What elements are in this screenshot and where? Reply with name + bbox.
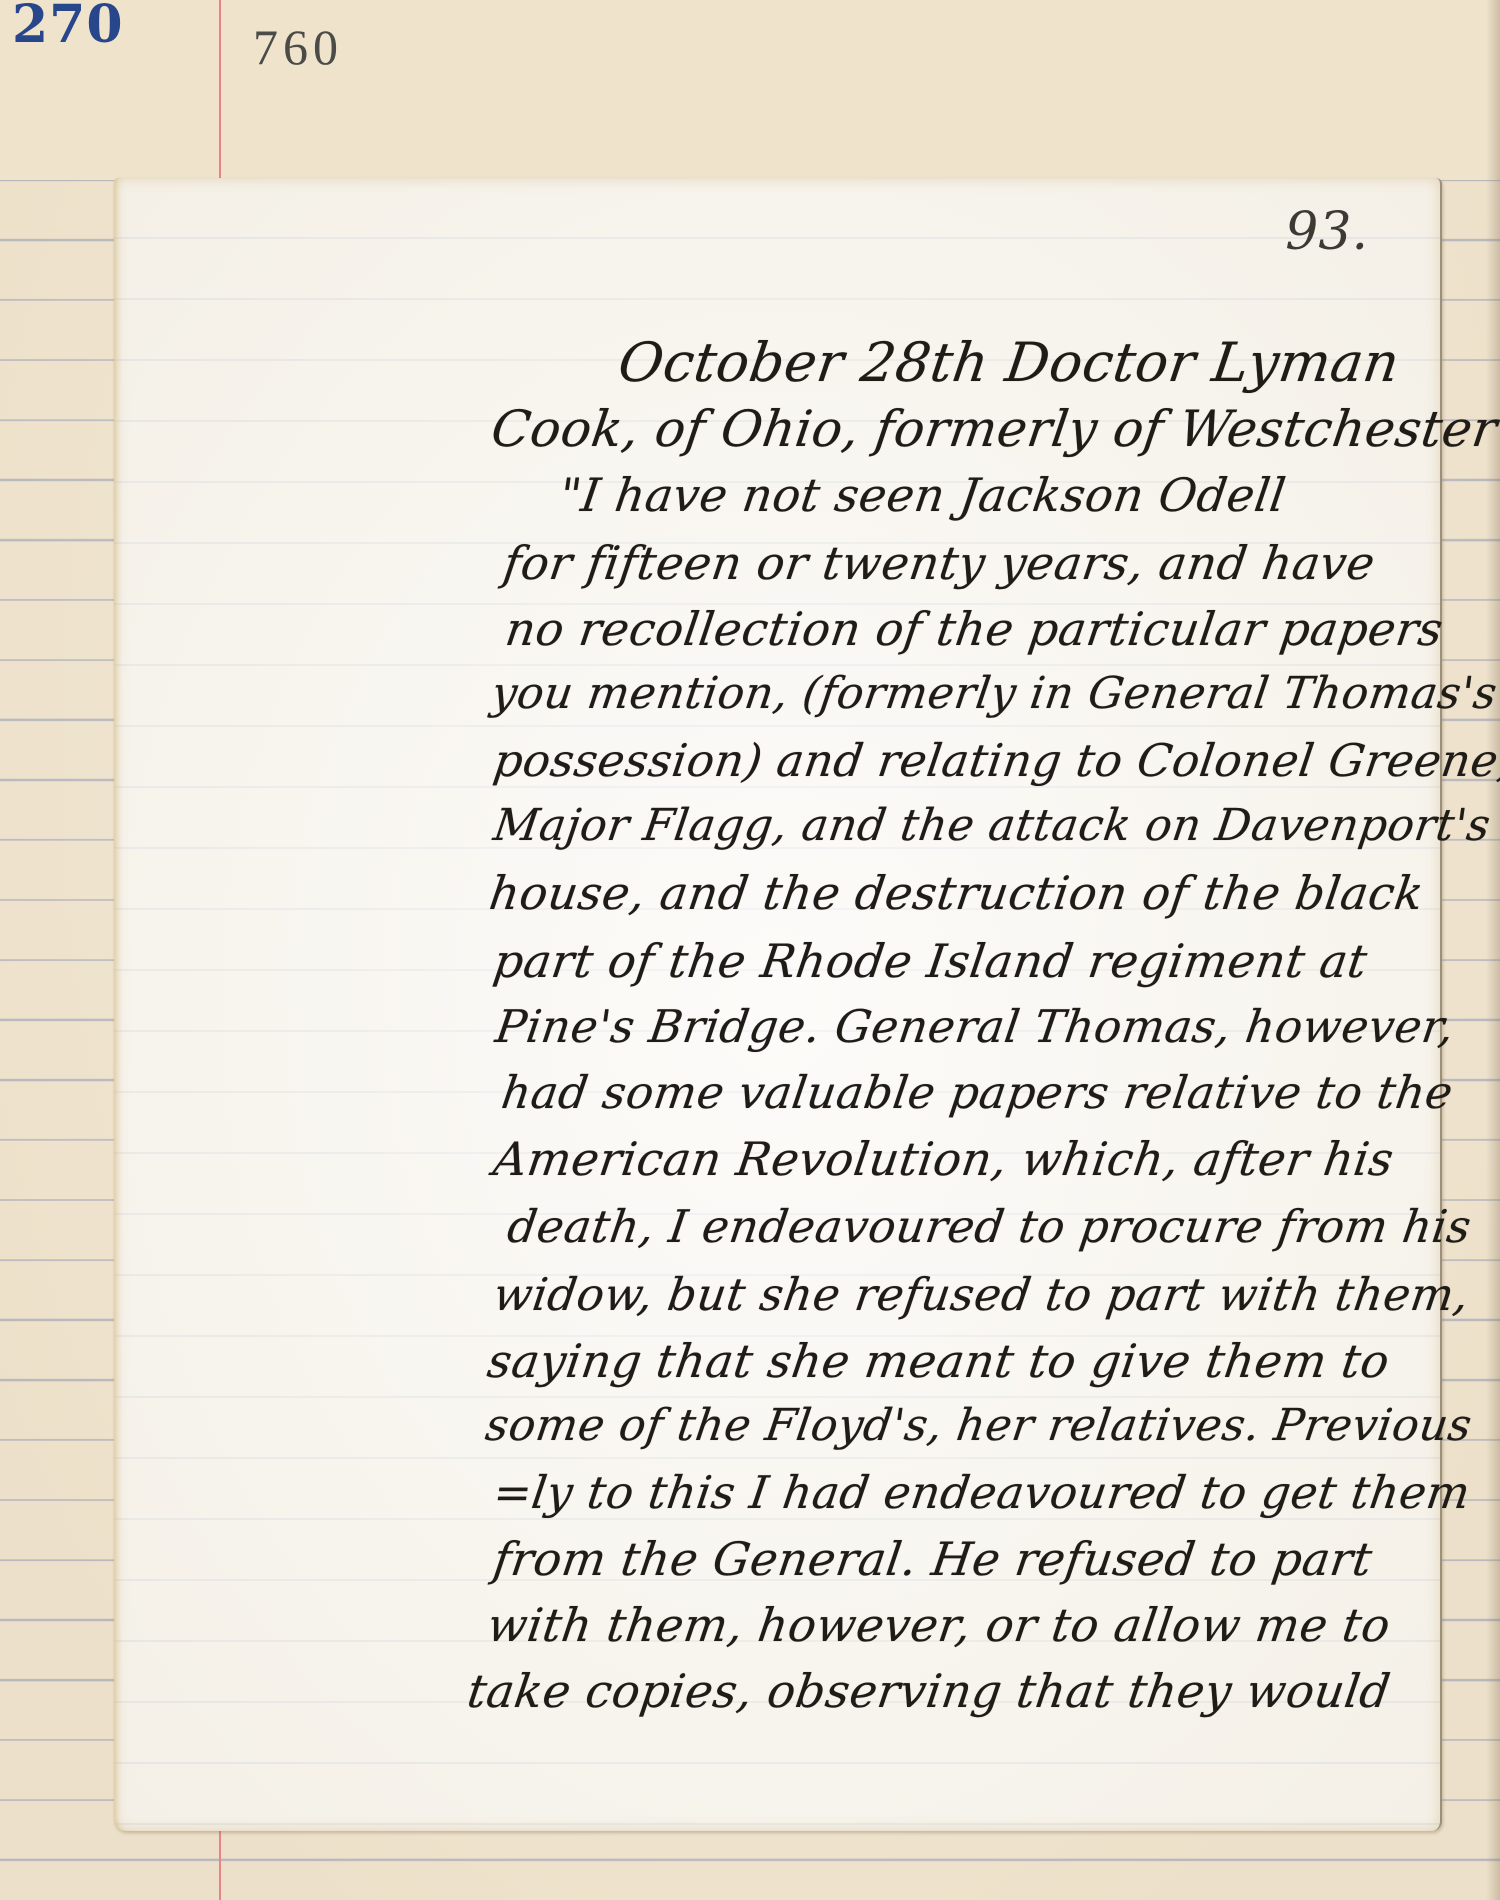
ledger-top-band [0,0,1500,180]
manuscript-page: 93. October 28th Doctor Lyman Cook, of O… [114,178,1442,1831]
handwritten-line: widow, but she refused to part with them… [491,1272,1472,1317]
folio-number: 270 [12,0,124,55]
handwritten-text-block: October 28th Doctor Lyman Cook, of Ohio,… [114,178,1440,1831]
handwritten-line: some of the Floyd's, her relatives. Prev… [483,1404,1475,1448]
handwritten-line: with them, however, or to allow me to [485,1602,1394,1648]
stamped-number: 760 [253,18,343,76]
handwritten-line: you mention, (formerly in General Thomas… [489,672,1500,716]
handwritten-line: no recollection of the particular papers [503,606,1446,652]
handwritten-line: possession) and relating to Colonel Gree… [491,738,1500,783]
handwritten-line: "I have not seen Jackson Odell [557,472,1289,518]
handwritten-line: American Revolution, which, after his [491,1136,1397,1182]
book-gutter-shadow [1486,0,1500,1900]
handwritten-line: =ly to this I had endeavoured to get the… [491,1470,1473,1515]
handwritten-line: had some valuable papers relative to the [499,1070,1456,1115]
handwritten-line: for fifteen or twenty years, and have [501,540,1378,586]
handwritten-line: October 28th Doctor Lyman [615,336,1403,390]
handwritten-line: saying that she meant to give them to [485,1338,1393,1384]
handwritten-line: take copies, observing that they would [465,1668,1394,1714]
handwritten-line: part of the Rhode Island regiment at [491,938,1370,984]
handwritten-line: Major Flagg, and the attack on Davenport… [491,804,1493,848]
handwritten-line: death, I endeavoured to procure from his [505,1204,1474,1249]
handwritten-line: house, and the destruction of the black [487,870,1427,916]
handwritten-line: Pine's Bridge. General Thomas, however, [493,1004,1457,1049]
handwritten-line: Cook, of Ohio, formerly of Westchester [488,404,1500,454]
handwritten-line: from the General. He refused to part [491,1536,1375,1582]
